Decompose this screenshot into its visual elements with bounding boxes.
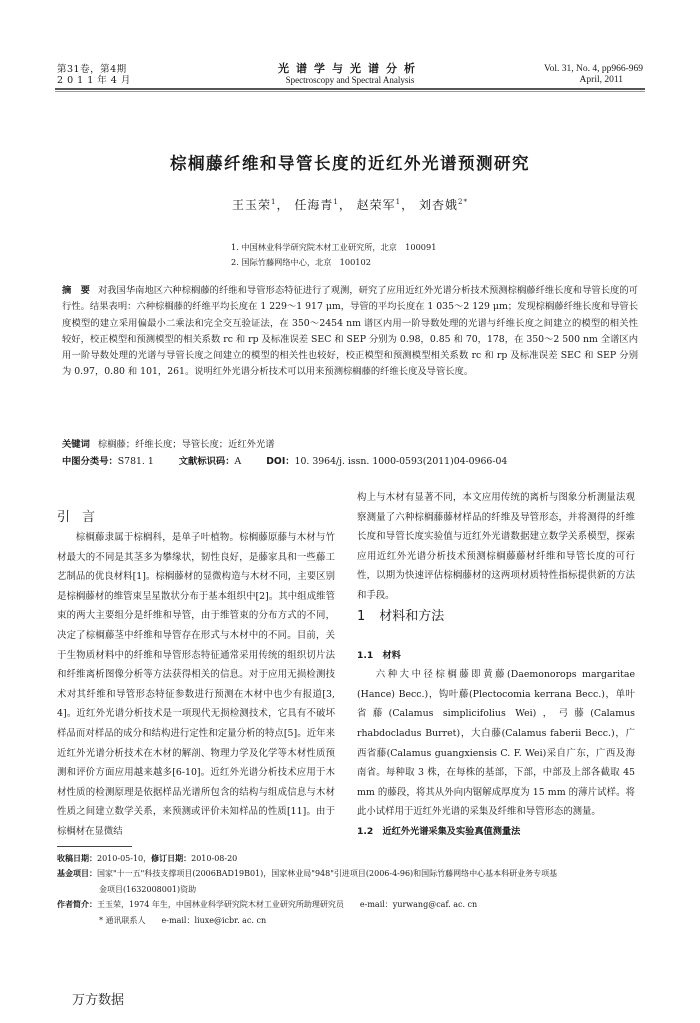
header-citation: Vol. 31, No. 4, pp966-969 April, 2011 — [544, 64, 643, 86]
footnotes: 收稿日期：2010-05-10，修订日期：2010-08-20 基金项目：国家"… — [57, 851, 657, 928]
affiliation: 1. 中国林业科学研究院木材工业研究所，北京 100091 — [231, 240, 436, 255]
funding-continued: 金项目(1632008001)资助 — [57, 882, 657, 897]
keywords-label: 关键词 — [62, 439, 90, 450]
footnote-rule — [57, 846, 132, 847]
author-bio-value: 王玉荣，1974 年生，中国林业科学研究院木材工业研究所助理研究员 e-mail… — [97, 900, 477, 909]
author: 任海青1 — [294, 198, 338, 212]
author-list: 王玉荣1， 任海青1， 赵荣军1， 刘杏娥2* — [0, 196, 700, 213]
intro-paragraph: 棕榈藤隶属于棕榈科，是单子叶植物。棕榈藤原藤与木材与竹材最大的不同是其茎多为攀缘… — [57, 528, 335, 842]
date-en: April, 2011 — [544, 75, 643, 86]
author-bio: 作者简介：王玉荣，1974 年生，中国林业科学研究院木材工业研究所助理研究员 e… — [57, 897, 657, 912]
received-label: 收稿日期： — [57, 854, 97, 863]
affiliation: 2. 国际竹藤网络中心，北京 100102 — [231, 255, 436, 270]
classification-line: 中图分类号：S781. 1 文献标识码：A DOI：10. 3964/j. is… — [62, 454, 638, 470]
doi-label: DOI： — [266, 456, 294, 467]
abstract-label: 摘 要 — [62, 285, 90, 296]
author: 赵荣军1 — [357, 198, 401, 212]
author: 王玉荣1 — [232, 198, 276, 212]
left-column: 棕榈藤隶属于棕榈科，是单子叶植物。棕榈藤原藤与木材与竹材最大的不同是其茎多为攀缘… — [57, 528, 335, 842]
keywords: 关键词棕榈藤；纤维长度；导管长度；近红外光谱 — [62, 437, 638, 453]
watermark: 万方数据 — [72, 989, 124, 1008]
author-bio-label: 作者简介： — [57, 900, 97, 909]
clc-value: S781. 1 — [118, 456, 154, 467]
keywords-text: 棕榈藤；纤维长度；导管长度；近红外光谱 — [98, 439, 275, 450]
subsection-heading-1-2: 1.2 近红外光谱采集及实验真值测量法 — [357, 822, 635, 842]
funding-value: 国家"十一五"科技支撑项目(2006BAD19B01)，国家林业局"948"引进… — [97, 869, 557, 878]
materials-paragraph: 六种大中径棕榈藤即黄藤(Daemonorops margaritae (Hanc… — [357, 665, 635, 822]
header-rule — [55, 88, 645, 90]
received-dates: 收稿日期：2010-05-10，修订日期：2010-08-20 — [57, 851, 657, 866]
revised-label: 修订日期： — [151, 854, 191, 863]
section-heading-1: 1材料和方法 — [357, 605, 444, 624]
corresponding-author: * 通讯联系人 e-mail：liuxe@icbr. ac. cn — [57, 913, 657, 928]
doc-code-label: 文献标识码： — [179, 456, 235, 467]
abstract: 摘 要对我国华南地区六种棕榈藤的纤维和导管形态特征进行了观测，研究了应用近红外光… — [62, 283, 638, 381]
header-rule-thin — [55, 91, 645, 92]
vol-pages: Vol. 31, No. 4, pp966-969 — [544, 64, 643, 75]
doc-code-value: A — [235, 456, 242, 467]
subsection-heading-1-1: 1.1 材料 — [357, 646, 635, 666]
section-number: 1 — [357, 609, 365, 624]
author: 刘杏娥2* — [419, 198, 468, 212]
received-value: 2010-05-10， — [97, 854, 151, 863]
funding: 基金项目：国家"十一五"科技支撑项目(2006BAD19B01)，国家林业局"9… — [57, 866, 657, 881]
intro-paragraph-continued: 构上与木材有显著不同，本文应用传统的离析与图象分析测量法观察测量了六种棕榈藤藤材… — [357, 488, 635, 606]
affiliations: 1. 中国林业科学研究院木材工业研究所，北京 100091 2. 国际竹藤网络中… — [231, 240, 436, 270]
right-column: 构上与木材有显著不同，本文应用传统的离析与图象分析测量法观察测量了六种棕榈藤藤材… — [357, 488, 635, 842]
section-title: 材料和方法 — [379, 609, 444, 624]
abstract-text: 对我国华南地区六种棕榈藤的纤维和导管形态特征进行了观测，研究了应用近红外光谱分析… — [62, 285, 638, 377]
funding-label: 基金项目： — [57, 869, 97, 878]
clc-label: 中图分类号： — [62, 456, 118, 467]
paper-title: 棕榈藤纤维和导管长度的近红外光谱预测研究 — [0, 150, 700, 174]
doi-value[interactable]: 10. 3964/j. issn. 1000-0593(2011)04-0966… — [295, 456, 508, 467]
section-heading-intro: 引言 — [57, 506, 107, 525]
revised-value: 2010-08-20 — [191, 854, 237, 863]
